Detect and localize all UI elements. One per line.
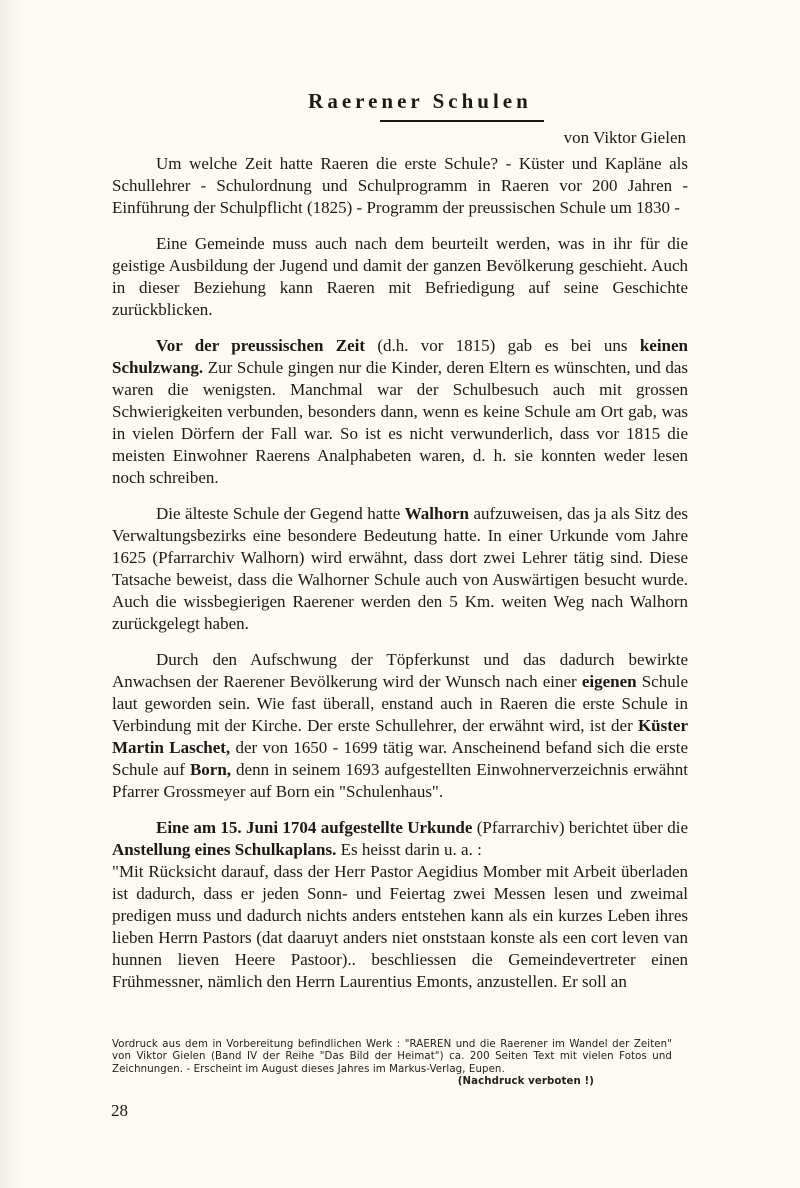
article-title: Raerener Schulen xyxy=(152,86,688,116)
footnote-notice: (Nachdruck verboten !) xyxy=(112,1076,672,1088)
paragraph-p6: "Mit Rücksicht darauf, dass der Herr Pas… xyxy=(112,861,688,993)
body-text: Eine Gemeinde muss auch nach dem beurtei… xyxy=(112,234,688,319)
paragraph-p4: Durch den Aufschwung der Töpferkunst und… xyxy=(112,649,688,803)
body-text: aufzuweisen, das ja als Sitz des Verwalt… xyxy=(112,504,688,633)
emphasis-text: Walhorn xyxy=(405,504,469,523)
body-text: Es heisst darin u. a. : xyxy=(336,840,481,859)
footnote: Vordruck aus dem in Vorbereitung befindl… xyxy=(112,1039,672,1089)
article-author: von Viktor Gielen xyxy=(112,127,688,149)
emphasis-text: Anstellung eines Schulkaplans. xyxy=(112,840,336,859)
emphasis-text: Vor der preussischen Zeit xyxy=(156,336,365,355)
body-text: (d.h. vor 1815) gab es bei uns xyxy=(365,336,640,355)
paragraph-p2: Vor der preussischen Zeit (d.h. vor 1815… xyxy=(112,335,688,489)
page-edge-shadow xyxy=(0,0,22,1188)
page-number: 28 xyxy=(111,1101,128,1121)
article: Raerener Schulen von Viktor Gielen Um we… xyxy=(112,86,688,993)
emphasis-text: eigenen xyxy=(582,672,637,691)
footnote-text: Vordruck aus dem in Vorbereitung befindl… xyxy=(112,1039,672,1076)
paragraph-p3: Die älteste Schule der Gegend hatte Walh… xyxy=(112,503,688,635)
article-intro: Um welche Zeit hatte Raeren die erste Sc… xyxy=(112,153,688,219)
article-body: Eine Gemeinde muss auch nach dem beurtei… xyxy=(112,233,688,993)
body-text: Zur Schule gingen nur die Kinder, deren … xyxy=(112,358,688,487)
document-page: Raerener Schulen von Viktor Gielen Um we… xyxy=(0,0,800,1188)
paragraph-p5: Eine am 15. Juni 1704 aufgestellte Urkun… xyxy=(112,817,688,861)
emphasis-text: Eine am 15. Juni 1704 aufgestellte Urkun… xyxy=(156,818,472,837)
body-text: "Mit Rücksicht darauf, dass der Herr Pas… xyxy=(112,862,688,991)
body-text: (Pfarrarchiv) berichtet über die xyxy=(472,818,688,837)
emphasis-text: Born, xyxy=(190,760,231,779)
paragraph-p1: Eine Gemeinde muss auch nach dem beurtei… xyxy=(112,233,688,321)
title-underline xyxy=(380,120,544,122)
body-text: Die älteste Schule der Gegend hatte xyxy=(156,504,405,523)
